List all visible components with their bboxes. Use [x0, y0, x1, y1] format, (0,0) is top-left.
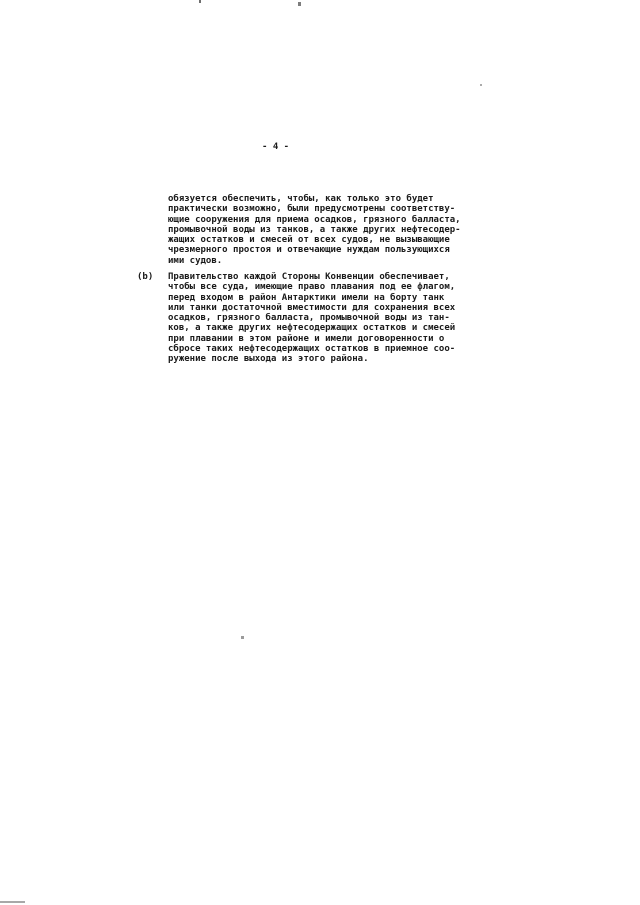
scan-speck-right [480, 84, 482, 86]
paragraph-continuation: обязуется обеспечить, чтобы, как только … [168, 194, 461, 266]
scan-speck-top-left [199, 0, 201, 3]
scan-dash-bottom-left [0, 901, 25, 903]
page-number: - 4 - [262, 142, 289, 152]
paragraph-b-label: (b) [137, 272, 153, 282]
paragraph-b-text: Правительство каждой Стороны Конвенции о… [168, 272, 455, 365]
scanned-document-page: - 4 - обязуется обеспечить, чтобы, как т… [0, 0, 640, 905]
scan-speck-top-center [298, 2, 301, 6]
scan-speck-middle [241, 636, 244, 639]
